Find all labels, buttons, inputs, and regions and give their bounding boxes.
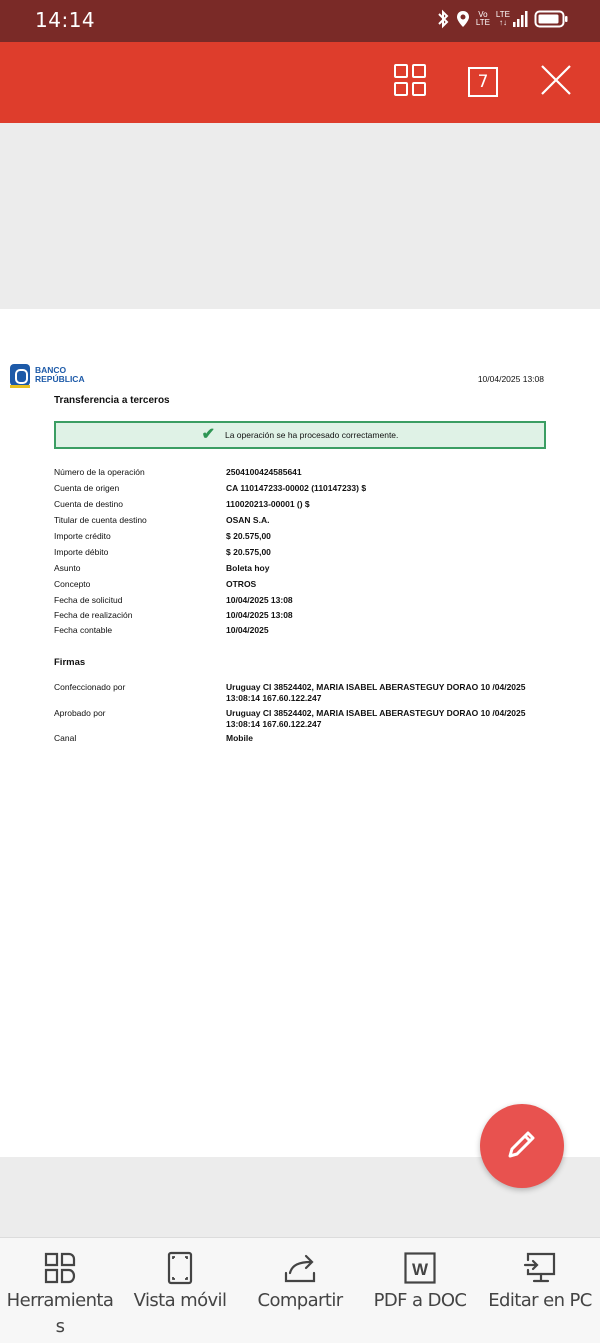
word-icon: W xyxy=(404,1248,436,1288)
share-icon xyxy=(283,1248,317,1288)
transaction-fields: Número de la operación2504100424585641 C… xyxy=(54,464,544,637)
viewer-toolbar: 7 xyxy=(0,42,600,123)
field-row: Importe débito$ 20.575,00 xyxy=(54,544,544,560)
volte-icon: Vo LTE xyxy=(476,11,490,27)
nav-compartir[interactable]: Compartir xyxy=(240,1248,360,1314)
mobile-view-icon xyxy=(167,1248,193,1288)
pdf-page: BANCO REPÚBLICA 10/04/2025 13:08 Transfe… xyxy=(0,309,600,1157)
firmas-heading: Firmas xyxy=(54,657,85,668)
document-title: Transferencia a terceros xyxy=(54,395,170,406)
canal-row: Canal Mobile xyxy=(54,733,544,744)
nav-vista-movil[interactable]: Vista móvil xyxy=(120,1248,240,1314)
status-bar: 14:14 Vo LTE LTE↑↓ xyxy=(0,0,600,42)
field-row: Titular de cuenta destinoOSAN S.A. xyxy=(54,512,544,528)
svg-text:W: W xyxy=(412,1260,429,1279)
success-message: La operación se ha procesado correctamen… xyxy=(225,430,398,440)
field-row: Fecha de solicitud10/04/2025 13:08 xyxy=(54,592,544,607)
location-icon xyxy=(456,9,470,29)
bluetooth-icon xyxy=(436,9,450,29)
field-row: Cuenta de destino110020213-00001 () $ xyxy=(54,496,544,512)
checkmark-icon: ✔ xyxy=(202,427,215,443)
tools-icon xyxy=(43,1248,77,1288)
lte-signal-icon: LTE↑↓ xyxy=(496,10,528,28)
field-row: Fecha de realización10/04/2025 13:08 xyxy=(54,607,544,622)
bank-logo-mark-icon xyxy=(10,364,30,386)
page-count-icon: 7 xyxy=(468,67,498,97)
nav-pdf-a-doc[interactable]: W PDF a DOC xyxy=(360,1248,480,1314)
nav-herramientas[interactable]: Herramientas xyxy=(0,1248,120,1340)
nav-editar-en-pc[interactable]: Editar en PC xyxy=(480,1248,600,1314)
field-row: Número de la operación2504100424585641 xyxy=(54,464,544,480)
close-button[interactable] xyxy=(538,64,574,100)
grid-icon xyxy=(393,63,427,102)
status-icons: Vo LTE LTE↑↓ xyxy=(436,9,568,29)
bottom-navigation: Herramientas Vista móvil Compartir W PDF… xyxy=(0,1237,600,1343)
pdf-viewer[interactable]: BANCO REPÚBLICA 10/04/2025 13:08 Transfe… xyxy=(0,123,600,1237)
field-row: AsuntoBoleta hoy xyxy=(54,560,544,576)
document-date: 10/04/2025 13:08 xyxy=(478,374,544,384)
status-time: 14:14 xyxy=(35,8,95,32)
field-row: Importe crédito$ 20.575,00 xyxy=(54,528,544,544)
page-count-button[interactable]: 7 xyxy=(465,64,501,100)
signature-row: Confeccionado por Uruguay CI 38524402, M… xyxy=(54,682,544,704)
edit-fab-button[interactable] xyxy=(480,1104,564,1188)
pencil-icon xyxy=(504,1126,540,1167)
battery-icon xyxy=(534,9,568,29)
bank-logo: BANCO REPÚBLICA xyxy=(10,364,85,386)
field-row: Fecha contable10/04/2025 xyxy=(54,622,544,637)
edit-on-pc-icon xyxy=(523,1248,557,1288)
signature-row: Aprobado por Uruguay CI 38524402, MARIA … xyxy=(54,708,544,730)
grid-view-button[interactable] xyxy=(392,64,428,100)
close-icon xyxy=(539,63,573,102)
field-row: Cuenta de origenCA 110147233-00002 (1101… xyxy=(54,480,544,496)
success-banner: ✔ La operación se ha procesado correctam… xyxy=(54,421,546,449)
field-row: ConceptoOTROS xyxy=(54,576,544,592)
